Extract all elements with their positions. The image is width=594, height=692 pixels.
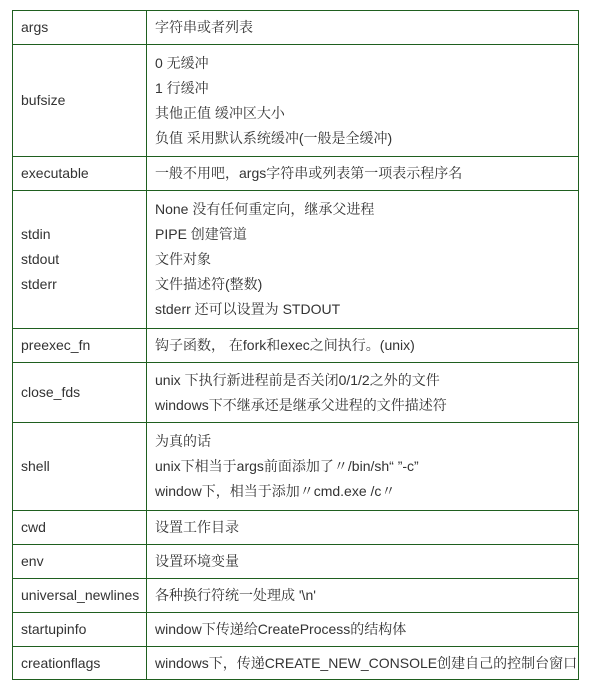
param-name: stdin	[21, 222, 138, 247]
param-name: bufsize	[21, 88, 138, 113]
table-container: args 字符串或者列表 bufsize 0 无缓冲 1 行缓冲 其他正值 缓冲…	[12, 10, 579, 680]
param-desc-line: windows下，传递CREATE_NEW_CONSOLE创建自己的控制台窗口	[155, 651, 570, 676]
param-name: shell	[21, 454, 138, 479]
param-desc-line: 字符串或者列表	[155, 15, 570, 40]
param-name: cwd	[21, 515, 138, 540]
param-name: preexec_fn	[21, 333, 138, 358]
param-desc-line: 钩子函数， 在fork和exec之间执行。(unix)	[155, 333, 570, 358]
param-name: env	[21, 549, 138, 574]
table-row: bufsize 0 无缓冲 1 行缓冲 其他正值 缓冲区大小 负值 采用默认系统…	[13, 45, 579, 157]
param-name-cell: args	[13, 11, 147, 45]
table-row: executable 一般不用吧，args字符串或列表第一项表示程序名	[13, 157, 579, 191]
param-desc-cell: 为真的话 unix下相当于args前面添加了〃/bin/sh“ ”-c” win…	[147, 423, 579, 511]
param-name-cell: startupinfo	[13, 613, 147, 647]
param-desc-line: window下，相当于添加〃cmd.exe /c〃	[155, 479, 570, 504]
table-row: preexec_fn 钩子函数， 在fork和exec之间执行。(unix)	[13, 329, 579, 363]
table-row: close_fds unix 下执行新进程前是否关闭0/1/2之外的文件 win…	[13, 363, 579, 423]
param-desc-line: unix下相当于args前面添加了〃/bin/sh“ ”-c”	[155, 454, 570, 479]
param-desc-line: 0 无缓冲	[155, 51, 570, 76]
param-name-cell: stdin stdout stderr	[13, 191, 147, 329]
param-desc-line: 文件描述符(整数)	[155, 272, 570, 297]
param-desc-cell: unix 下执行新进程前是否关闭0/1/2之外的文件 windows下不继承还是…	[147, 363, 579, 423]
param-desc-line: stderr 还可以设置为 STDOUT	[155, 297, 570, 322]
param-desc-cell: 字符串或者列表	[147, 11, 579, 45]
param-desc-line: 其他正值 缓冲区大小	[155, 101, 570, 126]
param-desc-line: PIPE 创建管道	[155, 222, 570, 247]
param-desc-line: 负值 采用默认系统缓冲(一般是全缓冲)	[155, 126, 570, 151]
table-row: creationflags windows下，传递CREATE_NEW_CONS…	[13, 647, 579, 680]
table-row: stdin stdout stderr None 没有任何重定向，继承父进程 P…	[13, 191, 579, 329]
param-desc-cell: None 没有任何重定向，继承父进程 PIPE 创建管道 文件对象 文件描述符(…	[147, 191, 579, 329]
param-name: startupinfo	[21, 617, 138, 642]
param-desc-line: windows下不继承还是继承父进程的文件描述符	[155, 393, 570, 418]
param-desc-cell: 钩子函数， 在fork和exec之间执行。(unix)	[147, 329, 579, 363]
param-name: close_fds	[21, 380, 138, 405]
param-name: stderr	[21, 272, 138, 297]
param-name: creationflags	[21, 651, 138, 676]
param-name: args	[21, 15, 138, 40]
param-desc-cell: window下传递给CreateProcess的结构体	[147, 613, 579, 647]
param-name-cell: env	[13, 545, 147, 579]
table-row: cwd 设置工作目录	[13, 511, 579, 545]
param-desc-line: 各种换行符统一处理成 '\n'	[155, 583, 570, 608]
table-row: args 字符串或者列表	[13, 11, 579, 45]
param-desc-cell: 0 无缓冲 1 行缓冲 其他正值 缓冲区大小 负值 采用默认系统缓冲(一般是全缓…	[147, 45, 579, 157]
param-name: stdout	[21, 247, 138, 272]
param-desc-line: 1 行缓冲	[155, 76, 570, 101]
param-desc-line: 设置环境变量	[155, 549, 570, 574]
table-row: env 设置环境变量	[13, 545, 579, 579]
param-desc-line: 设置工作目录	[155, 515, 570, 540]
param-desc-line: 一般不用吧，args字符串或列表第一项表示程序名	[155, 161, 570, 186]
param-name-cell: executable	[13, 157, 147, 191]
param-desc-cell: 各种换行符统一处理成 '\n'	[147, 579, 579, 613]
param-name-cell: creationflags	[13, 647, 147, 680]
param-name-cell: preexec_fn	[13, 329, 147, 363]
table-row: startupinfo window下传递给CreateProcess的结构体	[13, 613, 579, 647]
param-desc-line: 文件对象	[155, 247, 570, 272]
param-name: universal_newlines	[21, 583, 138, 608]
table-row: universal_newlines 各种换行符统一处理成 '\n'	[13, 579, 579, 613]
param-desc-cell: windows下，传递CREATE_NEW_CONSOLE创建自己的控制台窗口	[147, 647, 579, 680]
subprocess-params-table: args 字符串或者列表 bufsize 0 无缓冲 1 行缓冲 其他正值 缓冲…	[12, 10, 579, 680]
param-desc-cell: 设置工作目录	[147, 511, 579, 545]
param-name-cell: close_fds	[13, 363, 147, 423]
param-desc-cell: 一般不用吧，args字符串或列表第一项表示程序名	[147, 157, 579, 191]
param-desc-cell: 设置环境变量	[147, 545, 579, 579]
table-row: shell 为真的话 unix下相当于args前面添加了〃/bin/sh“ ”-…	[13, 423, 579, 511]
param-name-cell: shell	[13, 423, 147, 511]
param-name-cell: cwd	[13, 511, 147, 545]
param-desc-line: window下传递给CreateProcess的结构体	[155, 617, 570, 642]
param-name: executable	[21, 161, 138, 186]
param-desc-line: 为真的话	[155, 429, 570, 454]
param-desc-line: None 没有任何重定向，继承父进程	[155, 197, 570, 222]
param-name-cell: universal_newlines	[13, 579, 147, 613]
param-desc-line: unix 下执行新进程前是否关闭0/1/2之外的文件	[155, 368, 570, 393]
param-name-cell: bufsize	[13, 45, 147, 157]
